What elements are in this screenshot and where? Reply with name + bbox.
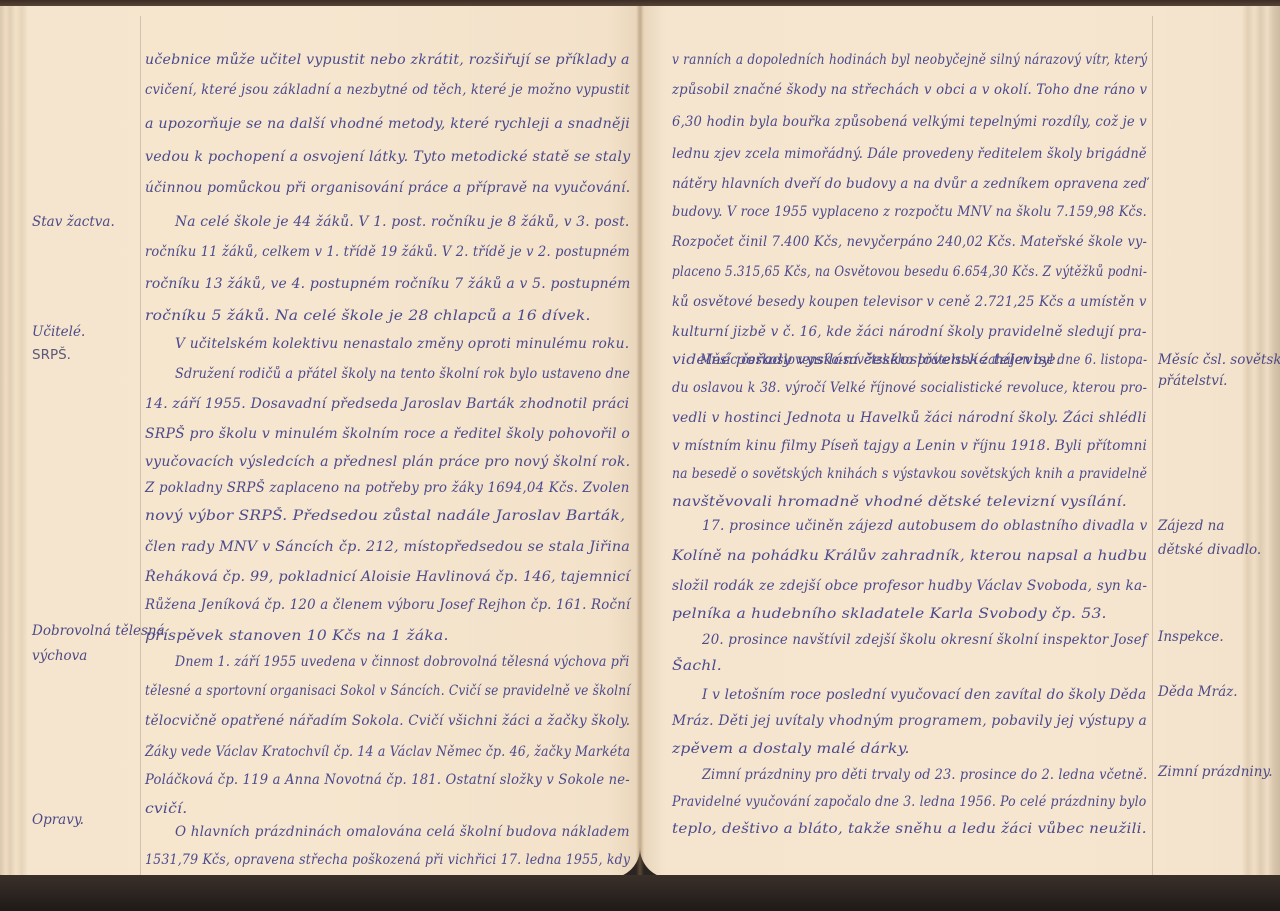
handwritten-line: příspěvek stanoven 10 Kčs na 1 žáka. bbox=[145, 628, 449, 644]
handwritten-line: navštěvovali hromadně vhodné dětské tele… bbox=[672, 494, 1127, 510]
handwritten-line: v místním kinu filmy Píseň tajgy a Lenin… bbox=[672, 438, 1147, 454]
handwritten-line: Řeháková čp. 99, pokladnicí Aloisie Havl… bbox=[145, 569, 630, 585]
handwritten-line: Sdružení rodičů a přátel školy na tento … bbox=[175, 366, 630, 382]
handwritten-line: cvičí. bbox=[145, 801, 187, 817]
book-spread: Stav žactva.Učitelé.SRPŠ.Dobrovolná těle… bbox=[0, 0, 1280, 911]
handwritten-line: Růžena Jeníková čp. 120 a členem výboru … bbox=[145, 597, 630, 613]
margin-note: Zájezd na bbox=[1158, 518, 1224, 534]
margin-note: přátelství. bbox=[1158, 373, 1227, 389]
handwritten-line: placeno 5.315,65 Kčs, na Osvětovou besed… bbox=[672, 264, 1147, 280]
handwritten-line: O hlavních prázdninách omalována celá šk… bbox=[175, 824, 630, 840]
handwritten-line: pelníka a hudebního skladatele Karla Svo… bbox=[672, 606, 1107, 622]
handwritten-line: a upozorňuje se na další vhodné metody, … bbox=[145, 116, 630, 132]
handwritten-line: Poláčková čp. 119 a Anna Novotná čp. 181… bbox=[145, 772, 630, 788]
margin-note: Stav žactva. bbox=[32, 214, 115, 230]
margin-note: Inspekce. bbox=[1158, 629, 1224, 645]
handwritten-line: Pravidelné vyučování započalo dne 3. led… bbox=[672, 794, 1146, 810]
handwritten-line: nový výbor SRPŠ. Předsedou zůstal nadále… bbox=[145, 508, 625, 524]
handwritten-line: du oslavou k 38. výročí Velké říjnové so… bbox=[672, 380, 1147, 396]
margin-note: Opravy. bbox=[32, 812, 84, 828]
book-bottom-edge bbox=[0, 875, 1280, 911]
margin-note: dětské divadlo. bbox=[1158, 542, 1261, 558]
margin-note: SRPŠ. bbox=[32, 347, 71, 363]
handwritten-line: nátěry hlavních dveří do budovy a na dvů… bbox=[672, 176, 1147, 192]
handwritten-line: vyučovacích výsledcích a přednesl plán p… bbox=[145, 454, 630, 470]
right-page: Měsíc čsl. sovětskéhopřátelství.Zájezd n… bbox=[640, 6, 1280, 878]
handwritten-line: SRPŠ pro školu v minulém školním roce a … bbox=[145, 426, 630, 442]
handwritten-line: Mráz. Děti jej uvítaly vhodným programem… bbox=[672, 713, 1147, 729]
handwritten-line: učebnice může učitel vypustit nebo zkrát… bbox=[145, 52, 630, 68]
right-margin-rule bbox=[1152, 16, 1153, 876]
handwritten-line: Dnem 1. září 1955 uvedena v činnost dobr… bbox=[175, 654, 630, 670]
handwritten-line: Kolíně na pohádku Králův zahradník, kter… bbox=[672, 548, 1147, 564]
handwritten-line: Zimní prázdniny pro děti trvaly od 23. p… bbox=[702, 767, 1147, 783]
handwritten-line: zpěvem a dostaly malé dárky. bbox=[672, 741, 910, 757]
margin-note: Děda Mráz. bbox=[1158, 684, 1238, 700]
handwritten-line: teplo, deštivo a bláto, takže sněhu a le… bbox=[672, 821, 1147, 837]
handwritten-line: složil rodák ze zdejší obce profesor hud… bbox=[672, 578, 1147, 594]
handwritten-line: tělesné a sportovní organisaci Sokol v S… bbox=[145, 683, 630, 699]
handwritten-line: člen rady MNV v Sáncích čp. 212, místopř… bbox=[145, 539, 630, 555]
handwritten-line: budovy. V roce 1955 vyplaceno z rozpočtu… bbox=[672, 204, 1147, 220]
handwritten-line: Žáky vede Václav Kratochvíl čp. 14 a Vác… bbox=[145, 744, 630, 760]
handwritten-line: lednu zjev zcela mimořádný. Dále provede… bbox=[672, 146, 1147, 162]
handwritten-line: 6,30 hodin byla bouřka způsobená velkými… bbox=[672, 114, 1147, 130]
handwritten-line: způsobil značné škody na střechách v obc… bbox=[672, 82, 1147, 98]
handwritten-line: 20. prosince navštívil zdejší školu okre… bbox=[702, 632, 1147, 648]
handwritten-line: tělocvičně opatřené nářadím Sokola. Cvič… bbox=[145, 713, 630, 729]
handwritten-line: kulturní jizbě v č. 16, kde žáci národní… bbox=[672, 324, 1147, 340]
handwritten-line: Rozpočet činil 7.400 Kčs, nevyčerpáno 24… bbox=[672, 234, 1147, 250]
handwritten-line: Měsíc československo-sovětského přátelst… bbox=[700, 352, 1147, 368]
margin-note: Učitelé. bbox=[32, 324, 85, 340]
handwritten-line: 14. září 1955. Dosavadní předseda Jarosl… bbox=[145, 396, 629, 412]
handwritten-line: ročníku 11 žáků, celkem v 1. třídě 19 žá… bbox=[145, 244, 630, 260]
book-gutter bbox=[636, 6, 644, 878]
handwritten-line: 17. prosince učiněn zájezd autobusem do … bbox=[702, 518, 1147, 534]
handwritten-line: na besedě o sovětských knihách s výstavk… bbox=[672, 466, 1147, 482]
handwritten-line: ků osvětové besedy koupen televisor v ce… bbox=[672, 294, 1147, 310]
left-margin-rule bbox=[140, 16, 141, 876]
handwritten-line: Na celé škole je 44 žáků. V 1. post. roč… bbox=[175, 214, 630, 230]
handwritten-line: Šachl. bbox=[672, 658, 722, 674]
handwritten-line: 1531,79 Kčs, opravena střecha poškozená … bbox=[145, 852, 630, 868]
margin-note: výchova bbox=[32, 648, 87, 664]
margin-note: Měsíc čsl. sovětského bbox=[1158, 352, 1280, 368]
handwritten-line: ročníku 5 žáků. Na celé škole je 28 chla… bbox=[145, 308, 591, 324]
handwritten-line: V učitelském kolektivu nenastalo změny o… bbox=[175, 336, 629, 352]
handwritten-line: v ranních a dopoledních hodinách byl neo… bbox=[672, 52, 1147, 68]
margin-note: Zimní prázdniny. bbox=[1158, 764, 1273, 780]
handwritten-line: vedli v hostinci Jednota u Havelků žáci … bbox=[672, 410, 1147, 426]
handwritten-line: vedou k pochopení a osvojení látky. Tyto… bbox=[145, 149, 630, 165]
handwritten-line: ročníku 13 žáků, ve 4. postupném ročníku… bbox=[145, 276, 631, 292]
left-page: Stav žactva.Učitelé.SRPŠ.Dobrovolná těle… bbox=[0, 6, 640, 878]
handwritten-line: účinnou pomůckou při organisování práce … bbox=[145, 180, 630, 196]
handwritten-line: I v letošním roce poslední vyučovací den… bbox=[702, 687, 1146, 703]
handwritten-line: cvičení, které jsou základní a nezbytné … bbox=[145, 82, 630, 98]
handwritten-line: Z pokladny SRPŠ zaplaceno na potřeby pro… bbox=[145, 480, 630, 496]
